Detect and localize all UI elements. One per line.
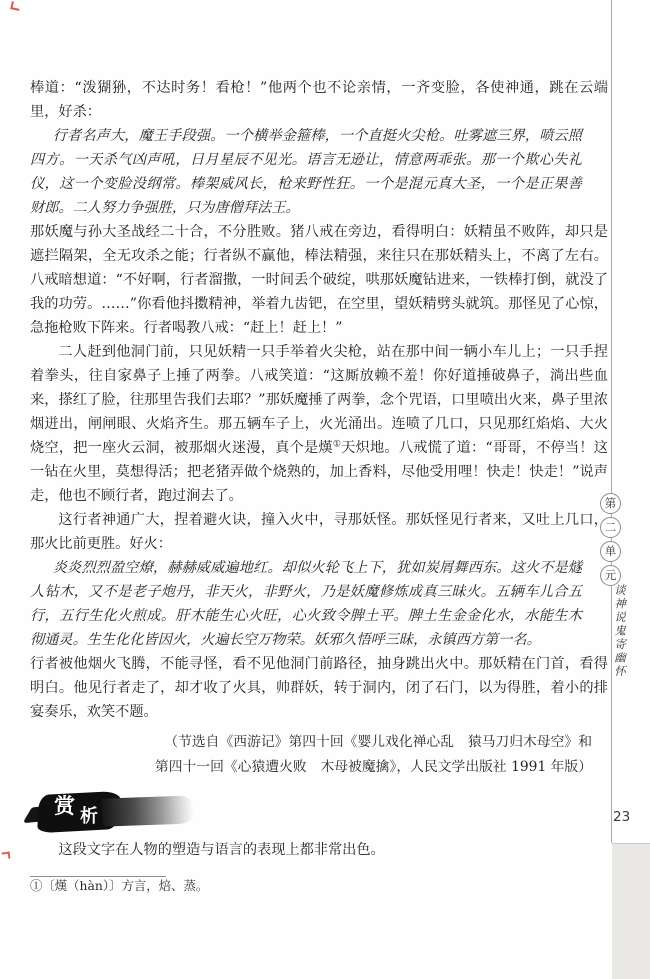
paragraph-ending: 行者被他烟火飞腾，不能寻怪，看不见他洞门前路径，抽身跳出火中。那妖精在门首，看得… xyxy=(30,652,608,724)
textbook-page: 棒道：“泼猢狲，不达时务！看枪！”他两个也不论亲情，一齐变脸，各使神通，跳在云端… xyxy=(0,0,650,979)
appreciation-banner: 赏 析 xyxy=(30,792,270,838)
brush-stroke-tail xyxy=(102,795,195,826)
unit-subtitle: 谈神说鬼寄幽怀 xyxy=(612,584,628,679)
paragraph-fire-intro: 这行者神通广大，捏着避火诀，撞入火中，寻那妖怪。那妖怪见行者来，又吐上几口，那火… xyxy=(30,508,608,556)
page-edge-shading xyxy=(612,843,650,979)
appreciation-body: 这段文字在人物的塑造与语言的表现上都非常出色。 xyxy=(30,838,608,862)
unit-char-circle: 第 xyxy=(600,493,621,514)
attribution-line-1: （节选自《西游记》第四十回《婴儿戏化禅心乱 猿马刀归木母空》和 xyxy=(30,730,592,755)
red-print-mark-left xyxy=(2,851,11,859)
unit-label: 第 二 单 元 xyxy=(600,493,622,589)
appreciation-title-char-1: 赏 xyxy=(54,794,75,818)
unit-char-circle: 单 xyxy=(600,541,621,562)
attribution-line-2: 第四十一回《心猿遭火败 木母被魔擒》，人民文学出版社 1991 年版） xyxy=(30,755,592,780)
verse-battle: 行者名声大，魔王手段强。一个横举金箍棒，一个直挺火尖枪。吐雾遮三界，喷云照四方。… xyxy=(30,124,582,220)
red-print-mark-top xyxy=(10,1,20,11)
sidebar-vertical-rule xyxy=(611,0,612,843)
source-attribution: （节选自《西游记》第四十回《婴儿戏化禅心乱 猿马刀归木母空》和 第四十一回《心猿… xyxy=(30,730,608,780)
footnote-ref-1: ① xyxy=(333,439,341,449)
paragraph-battle: 那妖魔与孙大圣战经二十合，不分胜败。猪八戒在旁边，看得明白：妖精虽不败阵，却只是… xyxy=(30,220,608,340)
unit-char-circle: 元 xyxy=(600,565,621,586)
paragraph-intro: 棒道：“泼猢狲，不达时务！看枪！”他两个也不论亲情，一齐变脸，各使神通，跳在云端… xyxy=(30,76,608,124)
unit-char-circle: 二 xyxy=(600,517,621,538)
paragraph-cave: 二人赶到他洞门前，只见妖精一只手举着火尖枪，站在那中间一辆小车儿上；一只手捏着拳… xyxy=(30,340,608,508)
main-text-column: 棒道：“泼猢狲，不达时务！看枪！”他两个也不论亲情，一齐变脸，各使神通，跳在云端… xyxy=(30,76,608,895)
verse-fire: 炎炎烈烈盈空燎，赫赫威威遍地红。却似火轮飞上下，犹如炭屑舞西东。这火不是燧人钻木… xyxy=(30,556,582,652)
footnote-text: ①〔熯（hàn）〕方言，焙、蒸。 xyxy=(30,877,608,895)
page-number: 23 xyxy=(613,809,630,825)
appreciation-title-char-2: 析 xyxy=(80,805,98,829)
